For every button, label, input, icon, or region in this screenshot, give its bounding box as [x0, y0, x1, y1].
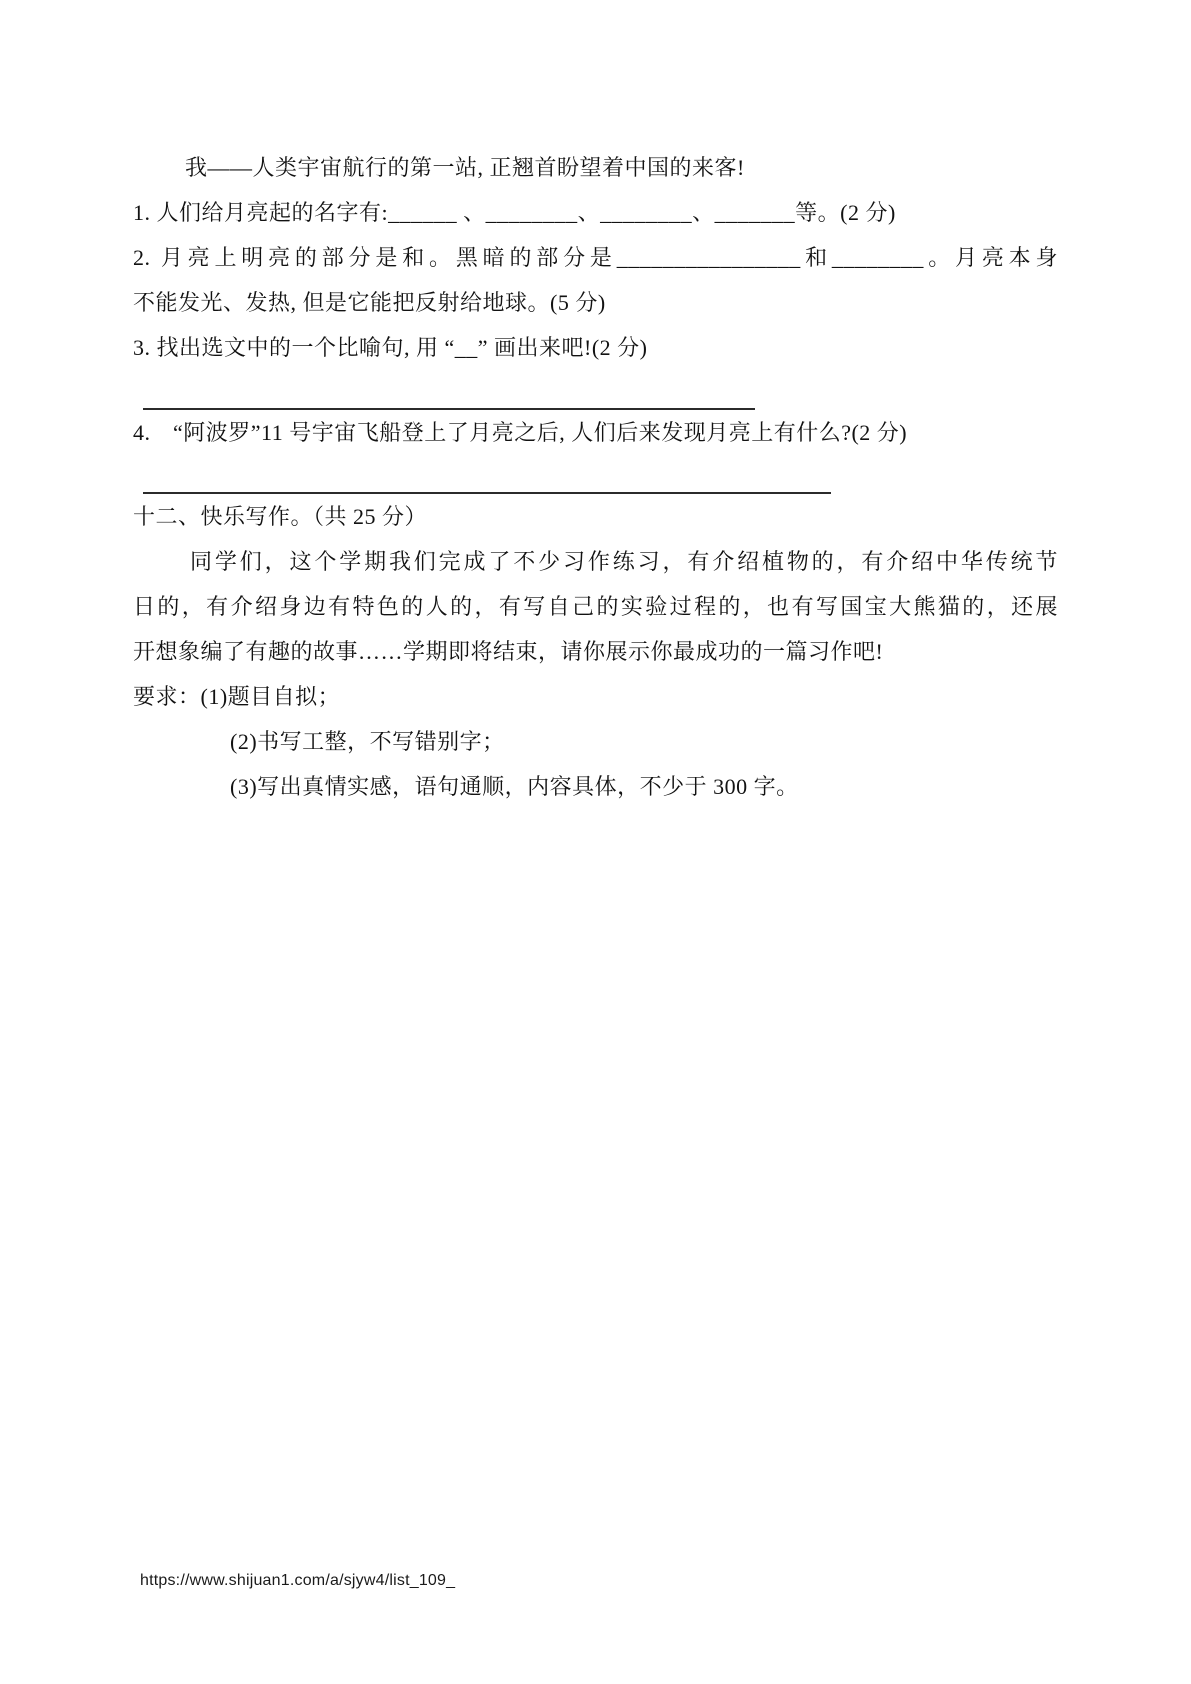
question-4: 4. “阿波罗”11 号宇宙飞船登上了月亮之后, 人们后来发现月亮上有什么?(2… [133, 410, 1058, 455]
writing-prompt-line-3: 开想象编了有趣的故事……学期即将结束，请你展示你最成功的一篇习作吧! [133, 629, 1058, 674]
requirement-line-1: 要求：(1)题目自拟； [133, 674, 1058, 719]
question-2-line-2: 不能发光、发热, 但是它能把反射给地球。(5 分) [133, 280, 1058, 325]
page-content: 我——人类宇宙航行的第一站, 正翘首盼望着中国的来客! 1. 人们给月亮起的名字… [133, 145, 1058, 809]
test-paper-page: 我——人类宇宙航行的第一站, 正翘首盼望着中国的来客! 1. 人们给月亮起的名字… [0, 0, 1191, 1684]
writing-prompt-line-1: 同学们，这个学期我们完成了不少习作练习，有介绍植物的，有介绍中华传统节 [133, 539, 1058, 584]
requirement-line-2: (2)书写工整，不写错别字； [133, 719, 1058, 764]
requirement-line-3: (3)写出真情实感，语句通顺，内容具体，不少于 300 字。 [133, 764, 1058, 809]
question-2-line-1: 2. 月亮上明亮的部分是和。黑暗的部分是________________和___… [133, 235, 1058, 280]
writing-prompt-line-2: 日的，有介绍身边有特色的人的，有写自己的实验过程的，也有写国宝大熊猫的，还展 [133, 584, 1058, 629]
source-url: https://www.shijuan1.com/a/sjyw4/list_10… [140, 1572, 455, 1590]
answer-line-1 [143, 370, 755, 410]
answer-line-2 [143, 455, 831, 494]
question-1: 1. 人们给月亮起的名字有:______ 、________、________、… [133, 190, 1058, 235]
reading-passage-last-line: 我——人类宇宙航行的第一站, 正翘首盼望着中国的来客! [133, 145, 1058, 190]
writing-section-heading: 十二、快乐写作。（共 25 分） [133, 494, 1058, 539]
question-3: 3. 找出选文中的一个比喻句, 用 “__” 画出来吧!(2 分) [133, 325, 1058, 370]
